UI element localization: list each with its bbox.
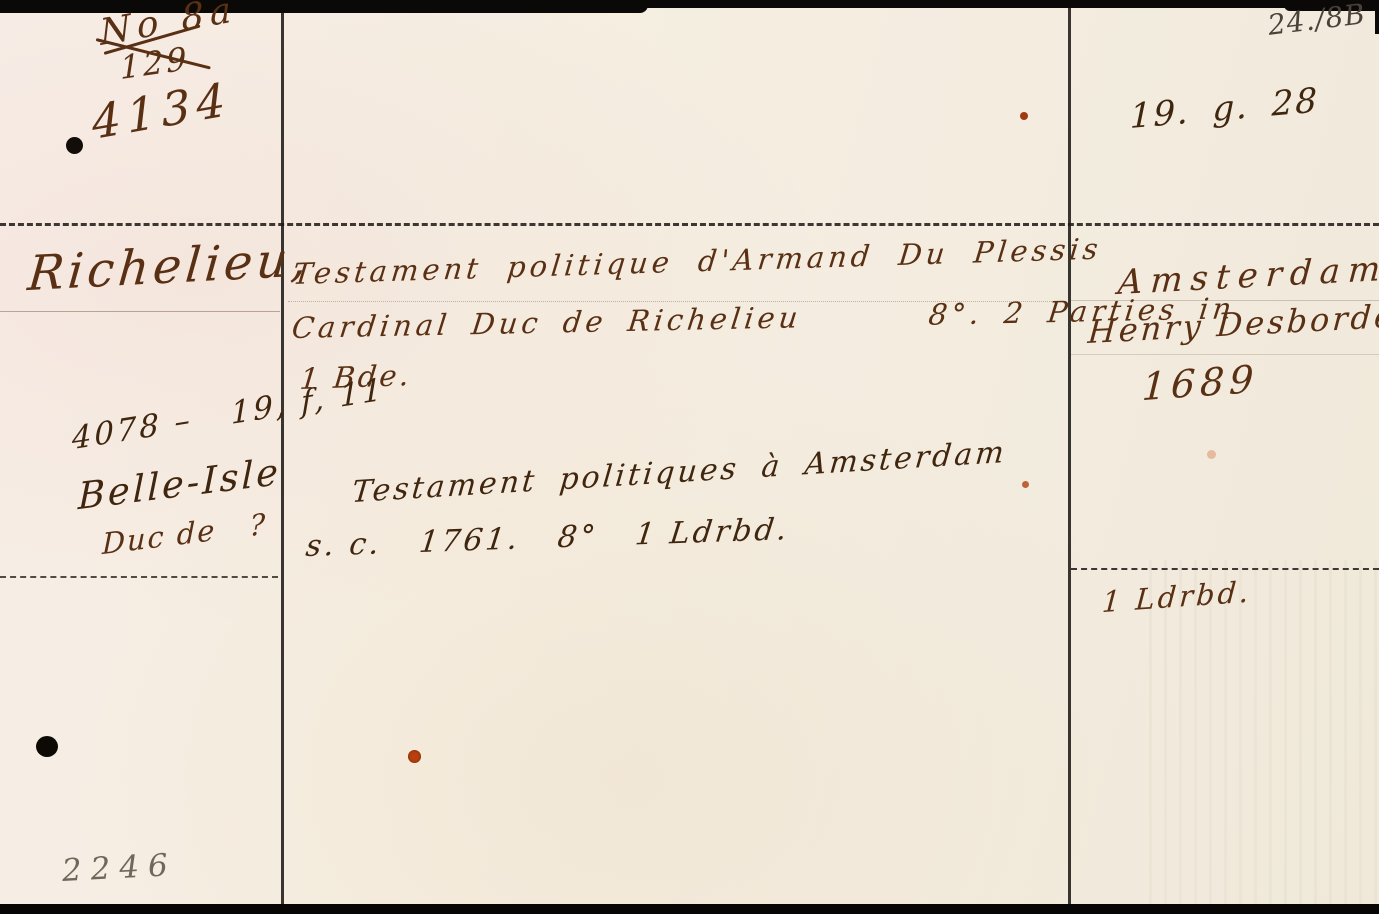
- red-stain-top: [1020, 112, 1028, 120]
- entry2-title: Testament politiques à Amsterdam: [351, 438, 1009, 508]
- scan-edge-top-left: [0, 0, 648, 13]
- ink-blot-bottom-left: [36, 736, 58, 757]
- red-stain-middle: [1022, 481, 1029, 488]
- old-number: 129: [119, 42, 190, 84]
- horizontal-rule-main: [0, 223, 1379, 226]
- baseline-publisher: [1071, 354, 1379, 355]
- entry2-cross-reference-sub: Duc de ?: [102, 510, 268, 560]
- accession-number-large: 4134: [90, 75, 232, 146]
- scan-edge-right-sliver: [1375, 0, 1379, 34]
- entry2-imprint: s. c. 1761. 8° 1 Ldrbd.: [304, 515, 791, 562]
- vertical-rule-right: [1068, 0, 1071, 914]
- catalog-card: No 8a 129 4134 24./8B 19. g. 28 Richelie…: [0, 0, 1379, 914]
- entry1-imprint-year: 1689: [1141, 360, 1259, 406]
- entry1-imprint-place: Amsterdam: [1117, 252, 1379, 300]
- horizontal-rule-left-lower: [0, 576, 278, 578]
- ink-blot-top-left: [66, 137, 83, 154]
- scan-edge-bottom: [0, 904, 1379, 914]
- baseline-heading: [0, 311, 280, 312]
- entry2-cross-reference: Belle-Isle: [78, 453, 282, 515]
- shelfmark-top-right: 19. g. 28: [1130, 83, 1319, 134]
- entry1-title-line1: Testament politique d'Armand Du Plessis: [291, 235, 1103, 290]
- faint-stain-right: [1207, 450, 1216, 459]
- red-stain-center: [408, 750, 421, 763]
- entry1-heading: Richelieu,: [26, 235, 313, 298]
- pencil-accession-number: 2246: [61, 850, 177, 887]
- entry2-shelfmark: 4078 – 19, f, 11: [72, 374, 385, 455]
